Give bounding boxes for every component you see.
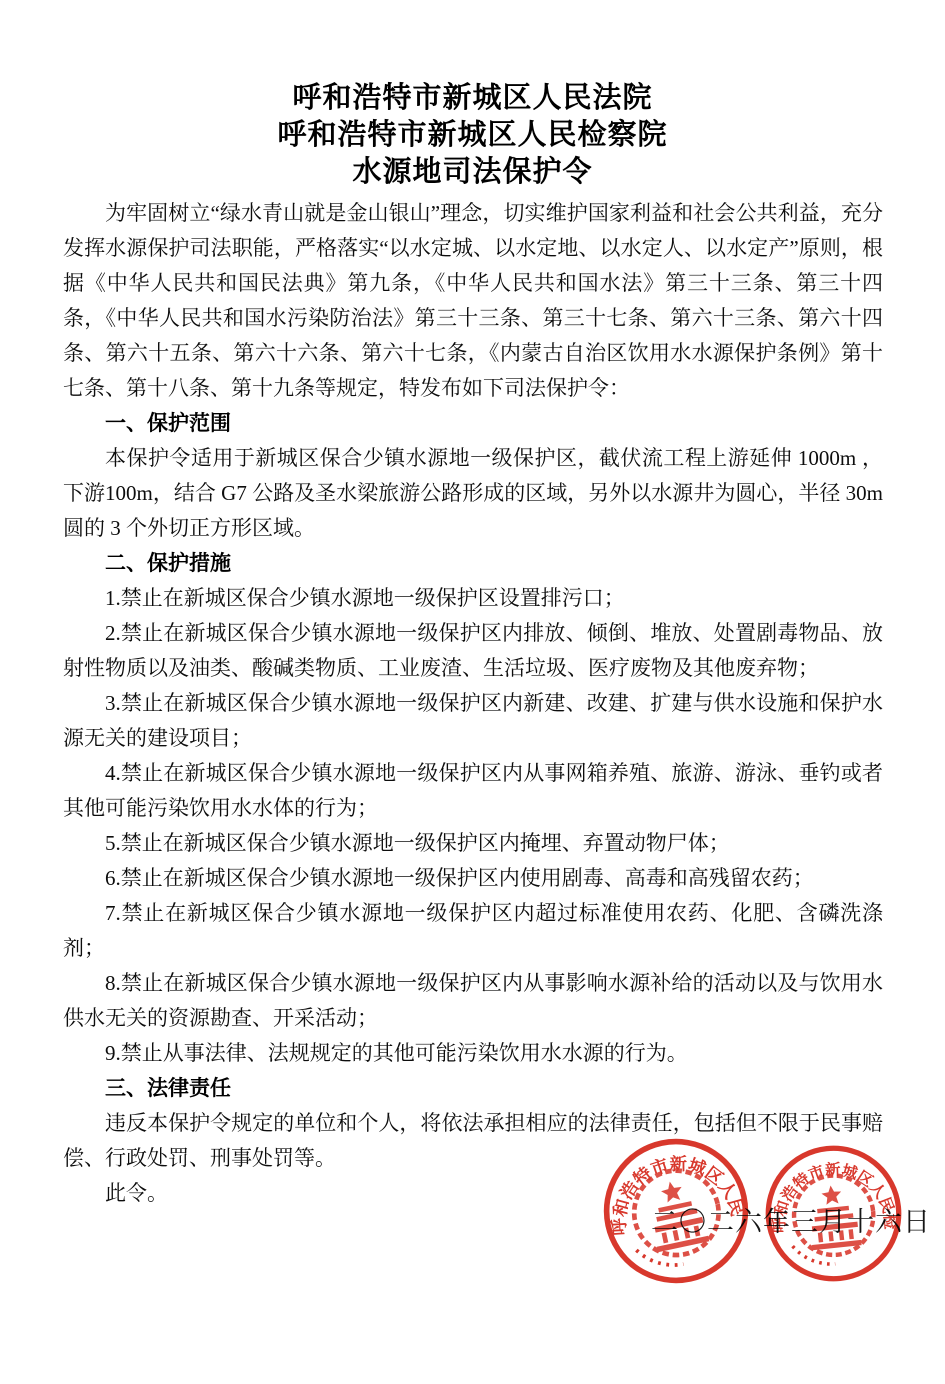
title-line-procuratorate: 呼和浩特市新城区人民检察院 — [0, 117, 945, 154]
measure-item-3: 3.禁止在新城区保合少镇水源地一级保护区内新建、改建、扩建与供水设施和保护水源无… — [63, 686, 883, 756]
measure-item-6: 6.禁止在新城区保合少镇水源地一级保护区内使用剧毒、高毒和高残留农药； — [63, 861, 883, 896]
measure-item-8: 8.禁止在新城区保合少镇水源地一级保护区内从事影响水源补给的活动以及与饮用水供水… — [63, 966, 883, 1036]
document-body: 为牢固树立“绿水青山就是金山银山”理念，切实维护国家利益和社会公共利益，充分发挥… — [63, 196, 883, 1211]
title-line-court: 呼和浩特市新城区人民法院 — [0, 80, 945, 117]
heading-measures: 二、保护措施 — [63, 546, 883, 581]
title-line-order: 水源地司法保护令 — [0, 154, 945, 191]
measure-item-2: 2.禁止在新城区保合少镇水源地一级保护区内排放、倾倒、堆放、处置剧毒物品、放射性… — [63, 616, 883, 686]
heading-liability: 三、法律责任 — [63, 1071, 883, 1106]
document-page: 呼和浩特市新城区人民法院 呼和浩特市新城区人民检察院 水源地司法保护令 为牢固树… — [0, 0, 945, 1384]
issue-date: 二〇二六年三月十六日 — [651, 1200, 931, 1239]
measure-item-5: 5.禁止在新城区保合少镇水源地一级保护区内掩埋、弃置动物尸体； — [63, 826, 883, 861]
measure-item-1: 1.禁止在新城区保合少镇水源地一级保护区设置排污口； — [63, 581, 883, 616]
measure-item-4: 4.禁止在新城区保合少镇水源地一级保护区内从事网箱养殖、旅游、游泳、垂钓或者其他… — [63, 756, 883, 826]
measure-item-9: 9.禁止从事法律、法规规定的其他可能污染饮用水水源的行为。 — [63, 1036, 883, 1071]
paragraph-scope: 本保护令适用于新城区保合少镇水源地一级保护区，截伏流工程上游延伸 1000m ，… — [63, 441, 883, 546]
document-title: 呼和浩特市新城区人民法院 呼和浩特市新城区人民检察院 水源地司法保护令 — [0, 0, 945, 191]
measure-item-7: 7.禁止在新城区保合少镇水源地一级保护区内超过标准使用农药、化肥、含磷洗涤剂； — [63, 896, 883, 966]
heading-scope: 一、保护范围 — [63, 406, 883, 441]
paragraph-preamble: 为牢固树立“绿水青山就是金山银山”理念，切实维护国家利益和社会公共利益，充分发挥… — [63, 196, 883, 406]
